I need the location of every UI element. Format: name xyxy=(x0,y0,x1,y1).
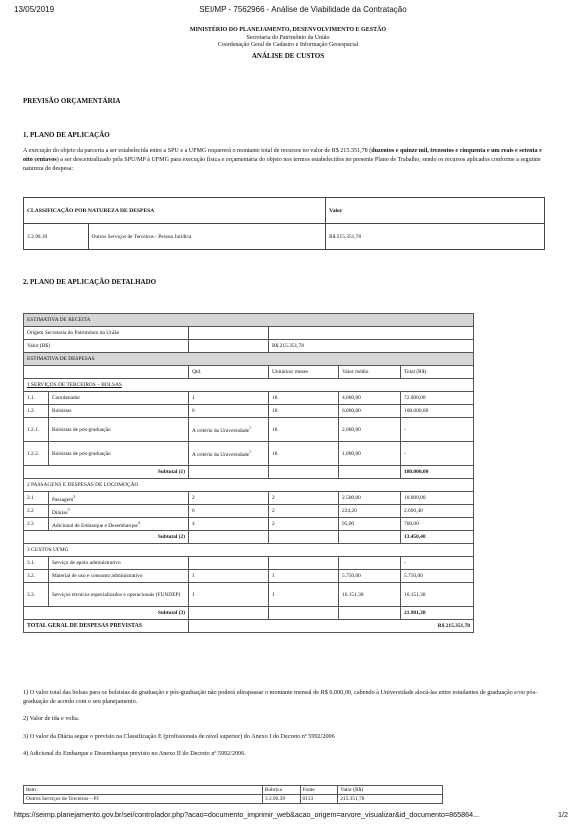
empty-cell xyxy=(189,340,269,353)
summary-table: Item Rubrica Fonte Valor (R$) Outros Ser… xyxy=(23,785,443,804)
row-code: 3.3. xyxy=(24,583,49,607)
classification-desc: Outros Serviços de Terceiros - Pessoa Ju… xyxy=(88,224,326,250)
grand-total-value: R$ 215.351,78 xyxy=(189,620,474,633)
row-desc: Passagem2 xyxy=(49,492,189,505)
row-desc: Bolsistas de pós-graduação xyxy=(49,418,189,442)
section-1-paragraph: A execução do objeto da parceria a ser e… xyxy=(23,147,553,174)
summary-col-rubrica: Rubrica xyxy=(262,786,300,795)
row-months: 2 xyxy=(269,492,339,505)
empty-cell xyxy=(339,466,401,479)
row-total: - xyxy=(401,418,474,442)
empty-cell xyxy=(189,466,269,479)
row-qtd: 1 xyxy=(189,392,269,405)
row-months: 1 xyxy=(269,583,339,607)
table-row: 2.3Adicional de Embarque e Desembarque44… xyxy=(24,518,474,531)
row-qtd: 1 xyxy=(189,570,269,583)
row-qtd: 6 xyxy=(189,405,269,418)
detailed-plan-table: ESTIMATIVA DE RECEITA Origem Secretaria … xyxy=(23,313,474,633)
page-number: 1/2 xyxy=(558,810,568,819)
classification-code: 3.3.90.39 xyxy=(24,224,89,250)
row-desc: Serviço de apoio administrativo xyxy=(49,557,189,570)
row-total: 72.000,00 xyxy=(401,392,474,405)
letterhead: MINISTÉRIO DO PLANEJAMENTO, DESENVOLVIME… xyxy=(0,27,576,60)
row-desc: Adicional de Embarque e Desembarque4 xyxy=(49,518,189,531)
group-title: 3 CUSTOS UFMG xyxy=(24,544,474,557)
summary-col-fonte: Fonte xyxy=(300,786,338,795)
row-code: 2.3 xyxy=(24,518,49,531)
empty-cell xyxy=(269,466,339,479)
col-avg: Valor médio xyxy=(339,366,401,379)
table-row: 1.1.Coordenador1184.000,0072.000,00 xyxy=(24,392,474,405)
footnotes: 1) O valor total das bolsas para os bols… xyxy=(23,689,553,768)
empty-cell xyxy=(269,531,339,544)
table-row: 3.2.Material de uso e consumo administra… xyxy=(24,570,474,583)
section-2-heading: 2. PLANO DE APLICAÇÃO DETALHADO xyxy=(23,278,156,286)
row-code: 3.1. xyxy=(24,557,49,570)
budget-heading: PREVISÃO ORÇAMENTÁRIA xyxy=(23,97,120,105)
footnote-4: 4) Adicional do Embarque e Desembarque p… xyxy=(23,750,553,759)
row-months: 18 xyxy=(269,405,339,418)
row-code: 2.2 xyxy=(24,505,49,518)
row-qtd xyxy=(189,557,269,570)
row-avg: 1.000,00 xyxy=(339,442,401,466)
row-qtd: 6 xyxy=(189,505,269,518)
row-desc: Coordenador xyxy=(49,392,189,405)
empty-cell xyxy=(189,531,269,544)
table-row: 1.2.2.Bolsistas de pós-graduaçãoA critér… xyxy=(24,442,474,466)
empty-cell xyxy=(189,607,269,620)
row-months: 18 xyxy=(269,392,339,405)
empty-cell xyxy=(269,327,474,340)
summary-col-item: Item xyxy=(24,786,263,795)
row-code: 1.1. xyxy=(24,392,49,405)
row-avg: 95,00 xyxy=(339,518,401,531)
print-title: SEI/MP - 7562966 - Análise de Viabilidad… xyxy=(0,5,576,14)
row-qtd: 4 xyxy=(189,518,269,531)
col-months: Unitários/ meses xyxy=(269,366,339,379)
summary-rubrica: 3.3.90.39 xyxy=(262,795,300,804)
table-row: 1.2.1.Bolsistas de pós-graduaçãoA critér… xyxy=(24,418,474,442)
empty-cell xyxy=(269,607,339,620)
row-avg xyxy=(339,557,401,570)
revenue-title: ESTIMATIVA DE RECEITA xyxy=(24,314,474,327)
row-avg: 16.151,38 xyxy=(339,583,401,607)
row-desc: Bolsistas xyxy=(49,405,189,418)
revenue-origin: Origem Secretaria do Patrimônio da União xyxy=(24,327,189,340)
row-avg: 6.000,00 xyxy=(339,405,401,418)
ministry-name: MINISTÉRIO DO PLANEJAMENTO, DESENVOLVIME… xyxy=(0,27,576,35)
row-avg: 4.000,00 xyxy=(339,392,401,405)
row-code: 1.2.1. xyxy=(24,418,49,442)
subtotal-value: 21.901,38 xyxy=(401,607,474,620)
row-qtd: A critério da Universidade1 xyxy=(189,442,269,466)
table-row: 3.3.Serviços técnicos especializados e o… xyxy=(24,583,474,607)
row-desc: Diárias3 xyxy=(49,505,189,518)
group-title: 1 SERVIÇOS DE TERCEIROS – BOLSAS xyxy=(24,379,474,392)
classification-value: R$ 215.351,78 xyxy=(326,224,545,250)
grand-total-label: TOTAL GERAL DE DESPESAS PREVISTAS xyxy=(24,620,189,633)
row-total: - xyxy=(401,442,474,466)
col-qtd: Qtd. xyxy=(189,366,269,379)
row-code: 1.2.2. xyxy=(24,442,49,466)
subtotal-value: 180.000,00 xyxy=(401,466,474,479)
empty-cell xyxy=(339,607,401,620)
row-months: 18 xyxy=(269,442,339,466)
row-total: - xyxy=(401,557,474,570)
para-text-1: A execução do objeto da parceria a ser e… xyxy=(23,148,371,154)
row-months xyxy=(269,557,339,570)
empty-cell xyxy=(189,327,269,340)
row-qtd: A critério da Universidade1 xyxy=(189,418,269,442)
group-title: 2 PASSAGENS E DESPESAS DE LOCOMOÇÃO xyxy=(24,479,474,492)
row-avg: 2.500,00 xyxy=(339,492,401,505)
row-total: 10.000,00 xyxy=(401,492,474,505)
coordination-name: Coordenação Geral de Cadastro e Informaç… xyxy=(0,42,576,50)
subtotal-label: Subtotal (1) xyxy=(24,466,189,479)
row-code: 1.2. xyxy=(24,405,49,418)
row-total: 16.151,38 xyxy=(401,583,474,607)
row-total: 5.750,00 xyxy=(401,570,474,583)
table-row: 2.2Diárias362224,202.690,40 xyxy=(24,505,474,518)
footnote-2: 2) Valor de ida e volta. xyxy=(23,715,553,724)
print-url: https://seimp.planejamento.gov.br/sei/co… xyxy=(14,810,479,819)
subtotal-label: Subtotal (3) xyxy=(24,607,189,620)
document-title: ANÁLISE DE CUSTOS xyxy=(0,53,576,61)
summary-fonte: 0133 xyxy=(300,795,338,804)
subtotal-label: Subtotal (2) xyxy=(24,531,189,544)
secretariat-name: Secretaria do Patrimônio da União xyxy=(0,35,576,43)
row-avg: 5.750,00 xyxy=(339,570,401,583)
table-row: 3.1.Serviço de apoio administrativo- xyxy=(24,557,474,570)
summary-item: Outros Serviços de Terceiros – PJ xyxy=(24,795,263,804)
row-avg: 2.000,00 xyxy=(339,418,401,442)
row-months: 18 xyxy=(269,418,339,442)
col-total: Total (R$) xyxy=(401,366,474,379)
row-desc: Material de uso e consumo administrativo xyxy=(49,570,189,583)
row-months: 2 xyxy=(269,505,339,518)
row-desc: Serviços técnicos especializados e opera… xyxy=(49,583,189,607)
table-row: 1.2.Bolsistas6186.000,00108.000,00 xyxy=(24,405,474,418)
row-desc: Bolsistas de pós-graduação xyxy=(49,442,189,466)
row-code: 3.2. xyxy=(24,570,49,583)
row-total: 760,00 xyxy=(401,518,474,531)
row-total: 108.000,00 xyxy=(401,405,474,418)
row-qtd: 2 xyxy=(189,492,269,505)
summary-valor: 215.351,78 xyxy=(338,795,443,804)
classification-header: CLASSIFICAÇÃO POR NATUREZA DE DESPESA xyxy=(24,198,326,224)
row-total: 2.690,40 xyxy=(401,505,474,518)
subtotal-value: 13.450,40 xyxy=(401,531,474,544)
expenses-title: ESTIMATIVA DE DESPESAS xyxy=(24,353,474,366)
footnote-1: 1) O valor total das bolsas para os bols… xyxy=(23,689,553,706)
footnote-3: 3) O valor da Diária segue o previsto na… xyxy=(23,733,553,742)
table-row: 2.1Passagem2222.500,0010.000,00 xyxy=(24,492,474,505)
empty-cell xyxy=(24,366,189,379)
para-text-2: ) a ser descentralizado pela SPU/MP à UF… xyxy=(23,157,541,172)
row-months: 1 xyxy=(269,570,339,583)
row-code: 2.1 xyxy=(24,492,49,505)
classification-table: CLASSIFICAÇÃO POR NATUREZA DE DESPESA Va… xyxy=(23,197,545,250)
row-months: 2 xyxy=(269,518,339,531)
summary-col-valor: Valor (R$) xyxy=(338,786,443,795)
value-header: Valor xyxy=(326,198,545,224)
row-qtd: 1 xyxy=(189,583,269,607)
section-1-heading: 1. PLANO DE APLICAÇÃO xyxy=(23,131,110,139)
empty-cell xyxy=(339,531,401,544)
revenue-value: R$ 215.351,78 xyxy=(269,340,474,353)
revenue-value-label: Valor (R$) xyxy=(24,340,189,353)
row-avg: 224,20 xyxy=(339,505,401,518)
